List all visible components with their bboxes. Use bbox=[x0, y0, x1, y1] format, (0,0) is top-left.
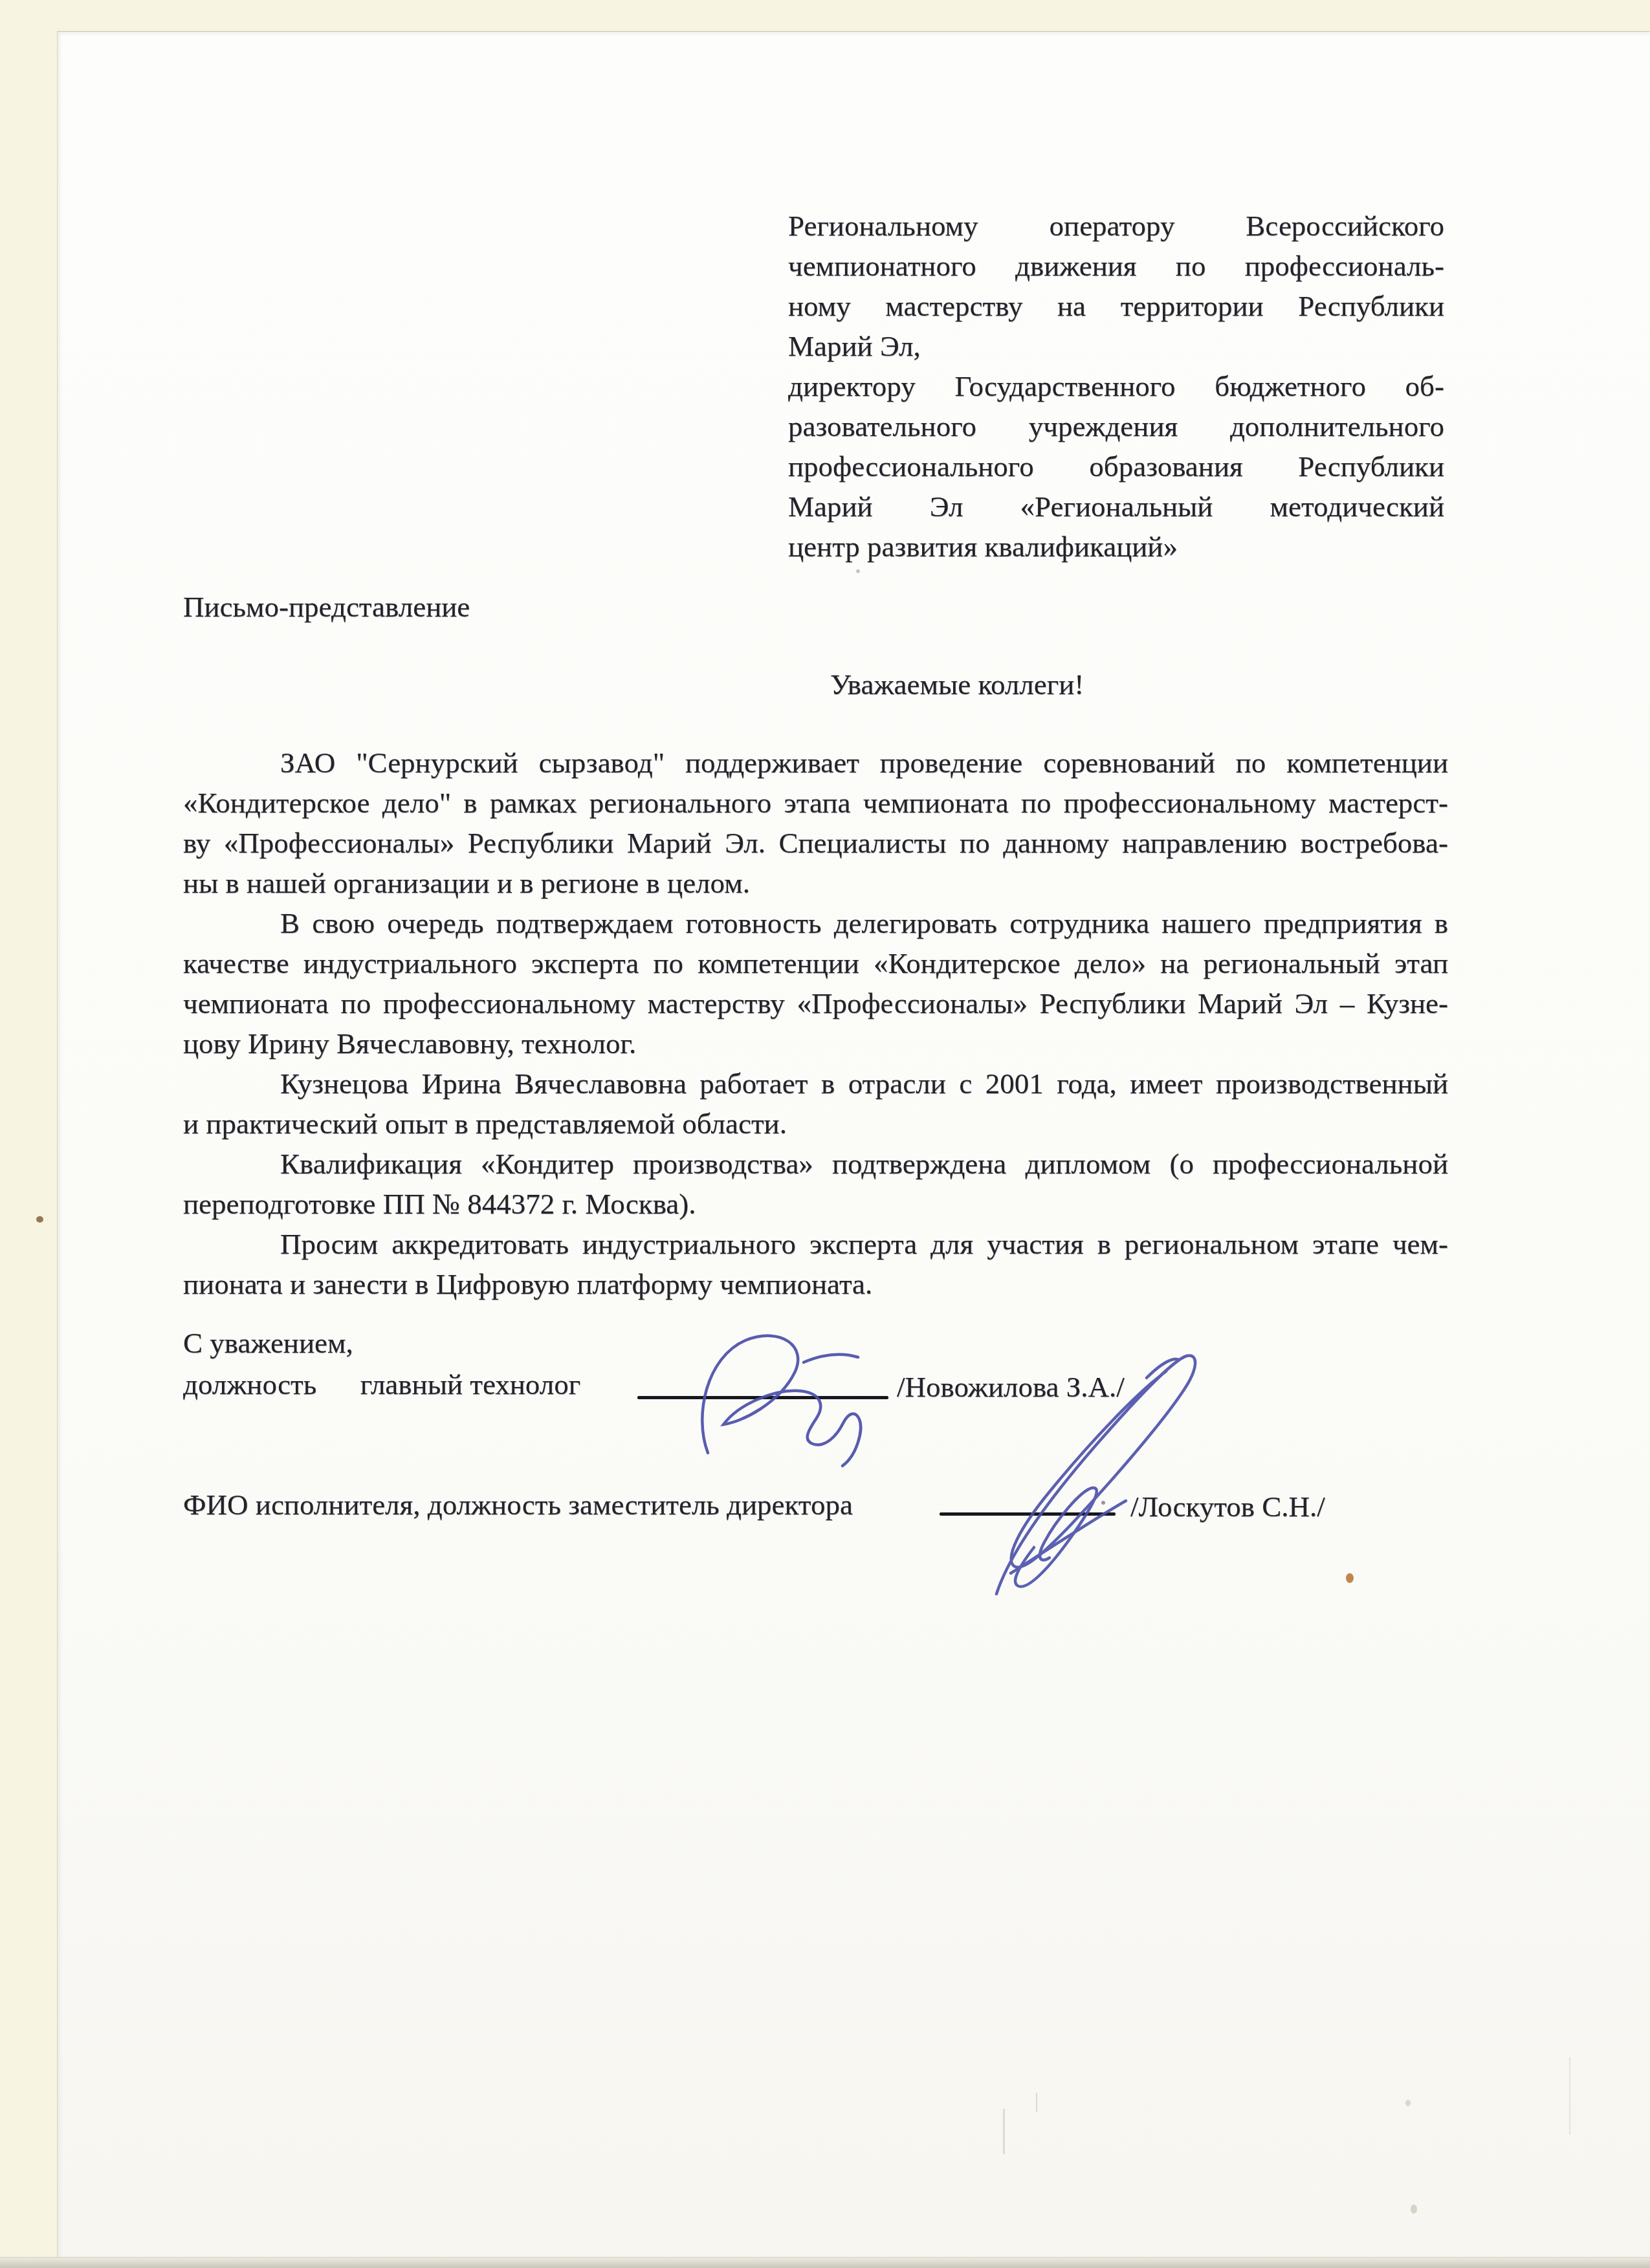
doc-type-label: Письмо-представление bbox=[183, 590, 470, 624]
paragraph: Кузнецова Ирина Вячеславовна работает в … bbox=[183, 1063, 1448, 1144]
addressee-line: ному мастерству на территории Республики bbox=[788, 286, 1444, 326]
body-line: цову Ирину Вячеславовну, технолог. bbox=[183, 1023, 1448, 1063]
addressee-line: разовательного учреждения дополнительног… bbox=[788, 406, 1444, 446]
body-line: В свою очередь подтверждаем готовность д… bbox=[183, 903, 1448, 943]
closing-regards: С уважением, bbox=[183, 1326, 353, 1360]
body-line: чемпионата по профессиональному мастерст… bbox=[183, 983, 1448, 1023]
paragraph: Просим аккредитовать индустриального экс… bbox=[183, 1224, 1448, 1304]
addressee-line: чемпионатного движения по профессиональ- bbox=[788, 246, 1444, 286]
signature-underline-2 bbox=[940, 1512, 1116, 1516]
body-line: переподготовке ПП № 844372 г. Москва). bbox=[183, 1184, 1448, 1224]
paper-speck bbox=[1346, 1573, 1354, 1583]
body-line: Квалификация «Кондитер производства» под… bbox=[183, 1144, 1448, 1184]
executor-line-text: ФИО исполнителя, должность заместитель д… bbox=[183, 1488, 853, 1521]
body-line: и практический опыт в представляемой обл… bbox=[183, 1104, 1448, 1144]
paper-speck bbox=[36, 1216, 43, 1223]
addressee-line: Марий Эл, bbox=[788, 326, 1444, 366]
signatory-name-1: /Новожилова З.А./ bbox=[897, 1370, 1125, 1404]
addressee-block: Региональному оператору Всероссийского ч… bbox=[788, 206, 1444, 567]
paragraph: Квалификация «Кондитер производства» под… bbox=[183, 1144, 1448, 1224]
body-line: ны в нашей организации и в регионе в цел… bbox=[183, 863, 1448, 903]
addressee-line: Марий Эл «Региональный методический bbox=[788, 486, 1444, 527]
salutation: Уважаемые коллеги! bbox=[830, 668, 1084, 701]
addressee-line: центр развития квалификаций» bbox=[788, 527, 1444, 567]
body-line: «Кондитерское дело" в рамках регионально… bbox=[183, 783, 1448, 823]
body-line: качестве индустриального эксперта по ком… bbox=[183, 943, 1448, 983]
body-line: пионата и занести в Цифровую платформу ч… bbox=[183, 1264, 1448, 1304]
scan-streak bbox=[1003, 2109, 1005, 2154]
paper-speck bbox=[1405, 2100, 1411, 2106]
body-line: ву «Профессионалы» Республики Марий Эл. … bbox=[183, 823, 1448, 863]
signatory-name-2: /Лоскутов С.Н./ bbox=[1130, 1490, 1325, 1523]
position-line-text: должность главный технолог bbox=[183, 1368, 580, 1401]
scan-streak bbox=[1569, 2057, 1570, 2135]
addressee-line: директору Государственного бюджетного об… bbox=[788, 366, 1444, 406]
body-line: Просим аккредитовать индустриального экс… bbox=[183, 1224, 1448, 1264]
scan-bottom-edge bbox=[0, 2257, 1650, 2268]
paper-speck bbox=[1411, 2205, 1417, 2214]
addressee-line: профессионального образования Республики bbox=[788, 446, 1444, 486]
scanned-letter-page: { "document": { "addressee": { "lines": … bbox=[0, 0, 1650, 2268]
signature-underline-1 bbox=[637, 1396, 888, 1399]
letter-body: ЗАО "Сернурский сырзавод" поддерживает п… bbox=[183, 743, 1448, 1304]
paragraph: В свою очередь подтверждаем готовность д… bbox=[183, 903, 1448, 1063]
body-line: ЗАО "Сернурский сырзавод" поддерживает п… bbox=[183, 743, 1448, 783]
body-line: Кузнецова Ирина Вячеславовна работает в … bbox=[183, 1063, 1448, 1104]
scan-streak bbox=[1036, 2093, 1037, 2112]
paragraph: ЗАО "Сернурский сырзавод" поддерживает п… bbox=[183, 743, 1448, 903]
paper-speck bbox=[856, 569, 860, 573]
addressee-line: Региональному оператору Всероссийского bbox=[788, 206, 1444, 246]
